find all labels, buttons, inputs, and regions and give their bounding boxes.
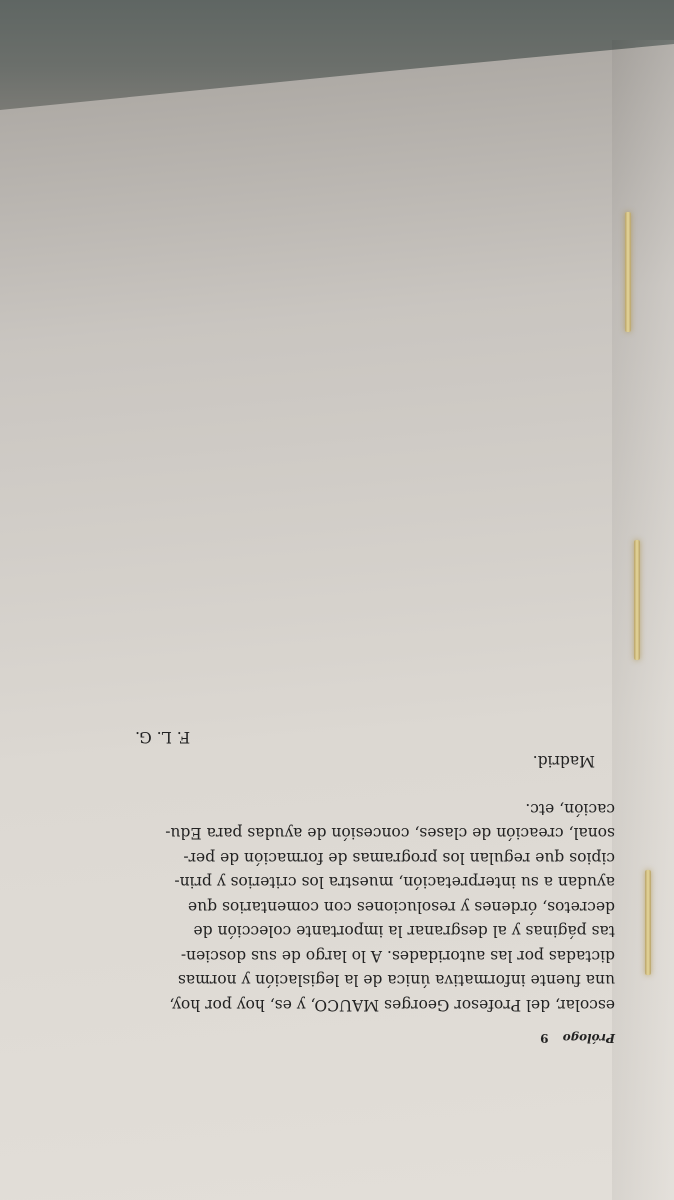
body-line: sonal, creación de clases, concesión de …: [95, 821, 615, 846]
running-head: Prólogo 9: [95, 1031, 615, 1045]
body-line: escolar, del Profesor Georges MAUCO, y e…: [95, 993, 615, 1018]
page-number: 9: [540, 1031, 548, 1045]
body-line: una fuente informativa única de la legis…: [95, 968, 615, 993]
signature-initials: F. L. G.: [135, 729, 615, 747]
staple-bottom: [645, 870, 651, 975]
body-line: decretos, órdenes y resoluciones con com…: [95, 895, 615, 920]
body-line: cipios que regulan los programas de form…: [95, 846, 615, 871]
body-line: cación, etc.: [95, 797, 615, 822]
place: Madrid.: [95, 753, 595, 771]
body-line: tas páginas y al desgranar la importante…: [95, 919, 615, 944]
body-paragraph: escolar, del Profesor Georges MAUCO, y e…: [95, 797, 615, 1018]
staple-top: [625, 212, 631, 332]
body-line: dictadas por las autoridades. A lo largo…: [95, 944, 615, 969]
page-spine-edge: [612, 40, 674, 1200]
body-line: ayudan a su interpretación, muestra los …: [95, 870, 615, 895]
show-through-text: [70, 210, 590, 690]
staple-middle: [634, 540, 640, 660]
running-head-title: Prólogo: [563, 1031, 615, 1045]
page-content: Prólogo 9 escolar, del Profesor Georges …: [95, 745, 615, 1045]
